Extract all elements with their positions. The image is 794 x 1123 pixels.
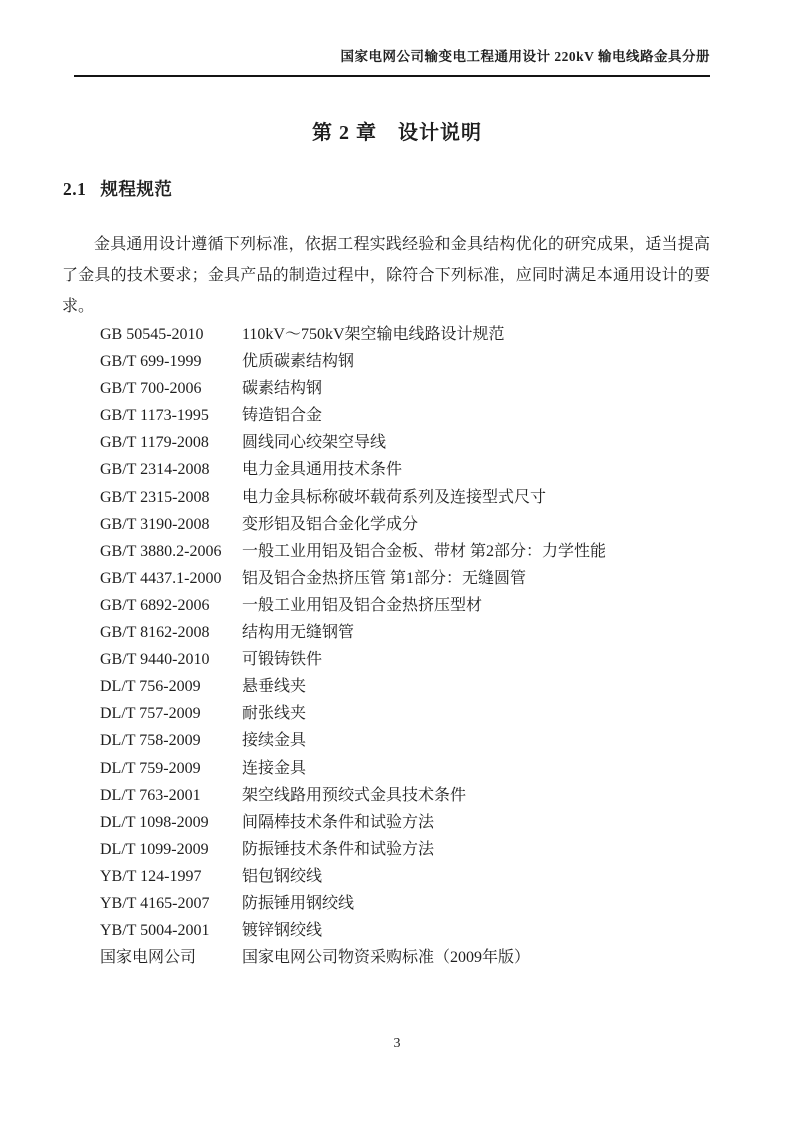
standard-row: GB/T 8162-2008 结构用无缝钢管 [100,619,722,646]
page-header: 国家电网公司输变电工程通用设计 220kV 输电线路金具分册 [74,48,710,77]
standard-row: GB/T 9440-2010 可锻铸铁件 [100,646,722,673]
standard-name: 圆线同心绞架空导线 [242,429,722,456]
page-number: 3 [0,1036,794,1052]
standard-code: DL/T 1098-2009 [100,809,242,836]
standard-code: GB/T 700-2006 [100,375,242,402]
standard-name: 铸造铝合金 [242,402,722,429]
standard-row: YB/T 4165-2007 防振锤用钢绞线 [100,890,722,917]
intro-paragraph: 金具通用设计遵循下列标准，依据工程实践经验和金具结构优化的研究成果，适当提高了金… [62,229,710,322]
standard-row: GB 50545-2010 110kV～750kV架空输电线路设计规范 [100,321,722,348]
standard-row: DL/T 756-2009 悬垂线夹 [100,673,722,700]
standard-name: 间隔棒技术条件和试验方法 [242,809,722,836]
standard-code: GB/T 8162-2008 [100,619,242,646]
standard-code: DL/T 757-2009 [100,700,242,727]
standard-code: YB/T 124-1997 [100,863,242,890]
standard-code: DL/T 756-2009 [100,673,242,700]
standard-name: 一般工业用铝及铝合金板、带材 第2部分：力学性能 [242,538,722,565]
standard-row: GB/T 3190-2008 变形铝及铝合金化学成分 [100,511,722,538]
section-number: 2.1 [63,179,86,199]
standard-name: 碳素结构钢 [242,375,722,402]
standard-row: GB/T 1173-1995 铸造铝合金 [100,402,722,429]
standard-row: GB/T 700-2006 碳素结构钢 [100,375,722,402]
standard-code: GB/T 2315-2008 [100,484,242,511]
standard-row: 国家电网公司 国家电网公司物资采购标准（2009年版） [100,944,722,971]
standard-code: DL/T 1099-2009 [100,836,242,863]
standard-name: 接续金具 [242,727,722,754]
standard-code: GB/T 6892-2006 [100,592,242,619]
standard-code: GB/T 3190-2008 [100,511,242,538]
standard-name: 防振锤用钢绞线 [242,890,722,917]
standard-code: GB/T 4437.1-2000 [100,565,242,592]
document-page: 国家电网公司输变电工程通用设计 220kV 输电线路金具分册 第 2 章 设计说… [0,0,794,1123]
standard-name: 悬垂线夹 [242,673,722,700]
chapter-title: 第 2 章 设计说明 [0,116,794,145]
standard-code: GB/T 1179-2008 [100,429,242,456]
standard-code: DL/T 759-2009 [100,755,242,782]
standard-name: 国家电网公司物资采购标准（2009年版） [242,944,722,971]
standard-row: DL/T 1099-2009 防振锤技术条件和试验方法 [100,836,722,863]
standard-code: GB/T 2314-2008 [100,456,242,483]
standard-name: 铝包钢绞线 [242,863,722,890]
section-title: 规程规范 [100,179,172,199]
standard-row: DL/T 759-2009 连接金具 [100,755,722,782]
standard-name: 一般工业用铝及铝合金热挤压型材 [242,592,722,619]
standard-row: DL/T 1098-2009 间隔棒技术条件和试验方法 [100,809,722,836]
section-heading: 2.1规程规范 [63,176,172,201]
standard-row: YB/T 124-1997 铝包钢绞线 [100,863,722,890]
standard-row: GB/T 699-1999 优质碳素结构钢 [100,348,722,375]
standard-name: 结构用无缝钢管 [242,619,722,646]
standard-name: 可锻铸铁件 [242,646,722,673]
standard-code: DL/T 763-2001 [100,782,242,809]
standards-list: GB 50545-2010 110kV～750kV架空输电线路设计规范 GB/T… [100,321,722,971]
standard-name: 电力金具通用技术条件 [242,456,722,483]
standard-name: 耐张线夹 [242,700,722,727]
standard-row: YB/T 5004-2001 镀锌钢绞线 [100,917,722,944]
standard-name: 连接金具 [242,755,722,782]
standard-name: 变形铝及铝合金化学成分 [242,511,722,538]
standard-row: DL/T 758-2009 接续金具 [100,727,722,754]
header-title: 国家电网公司输变电工程通用设计 220kV 输电线路金具分册 [340,49,710,64]
standard-name: 架空线路用预绞式金具技术条件 [242,782,722,809]
standard-row: GB/T 2315-2008 电力金具标称破坏载荷系列及连接型式尺寸 [100,484,722,511]
standard-row: DL/T 757-2009 耐张线夹 [100,700,722,727]
standard-row: GB/T 6892-2006 一般工业用铝及铝合金热挤压型材 [100,592,722,619]
standard-row: GB/T 3880.2-2006 一般工业用铝及铝合金板、带材 第2部分：力学性… [100,538,722,565]
standard-code: GB 50545-2010 [100,321,242,348]
standard-name: 防振锤技术条件和试验方法 [242,836,722,863]
standard-code: DL/T 758-2009 [100,727,242,754]
standard-code: GB/T 1173-1995 [100,402,242,429]
standard-code: YB/T 5004-2001 [100,917,242,944]
standard-code: GB/T 9440-2010 [100,646,242,673]
standard-name: 镀锌钢绞线 [242,917,722,944]
standard-name: 电力金具标称破坏载荷系列及连接型式尺寸 [242,484,722,511]
standard-name: 铝及铝合金热挤压管 第1部分：无缝圆管 [242,565,722,592]
standard-name: 110kV～750kV架空输电线路设计规范 [242,321,722,348]
standard-name: 优质碳素结构钢 [242,348,722,375]
standard-code: 国家电网公司 [100,944,242,971]
standard-code: YB/T 4165-2007 [100,890,242,917]
standard-code: GB/T 699-1999 [100,348,242,375]
standard-row: GB/T 4437.1-2000 铝及铝合金热挤压管 第1部分：无缝圆管 [100,565,722,592]
standard-row: GB/T 2314-2008 电力金具通用技术条件 [100,456,722,483]
standard-row: DL/T 763-2001 架空线路用预绞式金具技术条件 [100,782,722,809]
standard-row: GB/T 1179-2008 圆线同心绞架空导线 [100,429,722,456]
standard-code: GB/T 3880.2-2006 [100,538,242,565]
